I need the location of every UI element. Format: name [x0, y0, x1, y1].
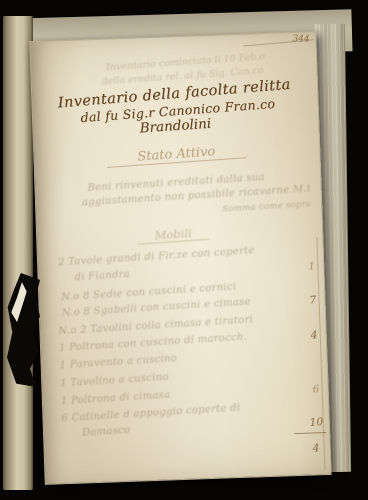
inventory-line: Damasco	[82, 422, 173, 438]
manuscript-page: 344 Inventario cominciato li 10 Feb.o de…	[29, 31, 331, 485]
amount-value: 4	[311, 329, 319, 341]
book-spine	[3, 16, 33, 490]
inventory-line: di Fiandra	[74, 265, 194, 283]
folio-number: 344	[292, 35, 309, 45]
amount-value: 1	[308, 260, 316, 272]
intro-faint-line: Somma come sopra	[222, 199, 310, 214]
inventory-line: 1 Paravento a cuscino	[59, 351, 209, 371]
heading-stato-attivo: Stato Attivo	[106, 142, 247, 168]
sum-total: 4	[313, 442, 321, 454]
amount-value: 10	[309, 416, 323, 429]
amount-value: 6	[313, 383, 321, 395]
inventory-line: 1 Tavolino a cuscino	[60, 369, 220, 390]
section-heading-mobili: Mobili	[137, 225, 210, 245]
inventory-line: 1 Poltrona di cimasa	[61, 387, 211, 407]
inventory-line: 2 Tavole grandi di Fir.ze con coperte	[58, 243, 296, 269]
manuscript-scan-photo: 344 Inventario cominciato li 10 Feb.o de…	[0, 0, 368, 500]
sum-rule	[294, 432, 326, 434]
amounts-column-rule	[316, 237, 325, 470]
amount-value: 7	[309, 294, 317, 306]
